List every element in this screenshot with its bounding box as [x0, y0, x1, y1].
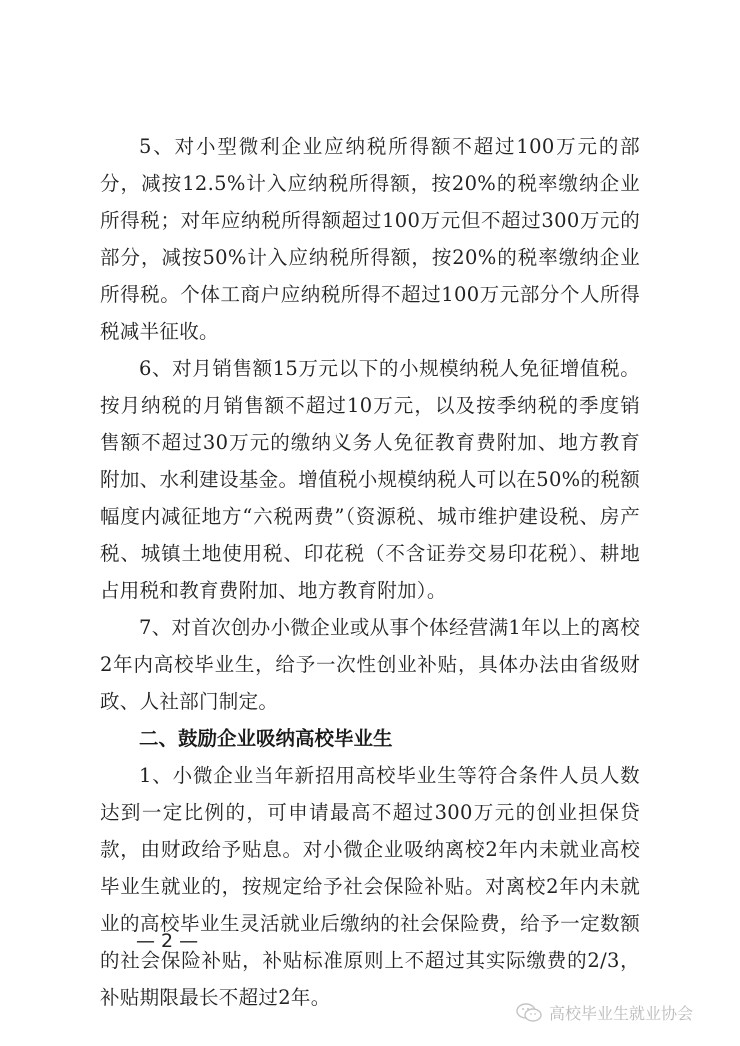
paragraph-section2-item-1: 1、小微企业当年新招用高校毕业生等符合条件人员人数达到一定比例的，可申请最高不超…: [100, 757, 640, 1016]
watermark-text: 高校毕业生就业协会: [549, 1001, 693, 1024]
document-page: 5、对小型微利企业应纳税所得额不超过100万元的部分，减按12.5%计入应纳税所…: [100, 128, 640, 1016]
section-heading: 二、鼓励企业吸纳高校毕业生: [100, 720, 640, 757]
paragraph-item-5: 5、对小型微利企业应纳税所得额不超过100万元的部分，减按12.5%计入应纳税所…: [100, 128, 640, 350]
page-number: — 2 —: [136, 930, 198, 952]
wechat-icon: [515, 1002, 543, 1024]
watermark: 高校毕业生就业协会: [515, 1001, 693, 1024]
paragraph-item-7: 7、对首次创办小微企业或从事个体经营满1年以上的离校2年内高校毕业生，给予一次性…: [100, 609, 640, 720]
paragraph-item-6: 6、对月销售额15万元以下的小规模纳税人免征增值税。按月纳税的月销售额不超过10…: [100, 350, 640, 609]
